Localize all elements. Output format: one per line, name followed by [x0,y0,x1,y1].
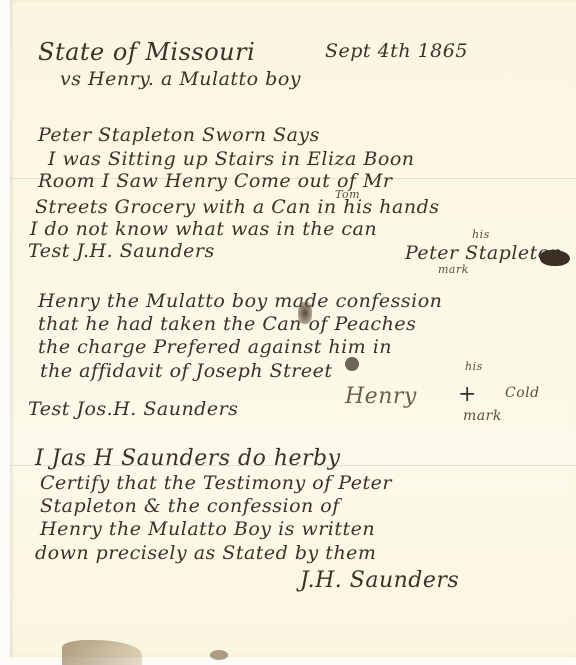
confession-attest: Test Jos.H. Saunders [28,398,238,420]
testimony-signature: Peter Stapleton [405,242,562,264]
cert-line-1: I Jas H Saunders do herby [35,446,341,471]
heading-case: vs Henry. a Mulatto boy [60,68,301,90]
confession-line-1: Henry the Mulatto boy made confession [38,290,442,312]
cert-line-5: down precisely as Stated by them [35,542,376,564]
testimony-line-4: Streets Grocery with a Can in his hands [35,196,440,218]
confession-mark-symbol: + [458,382,477,407]
heading-state: State of Missouri [38,38,255,66]
cert-line-3: Stapleton & the confession of [40,495,340,517]
heading-date: Sept 4th 1865 [325,40,468,62]
testimony-line-1: Peter Stapleton Sworn Says [38,124,320,146]
confession-line-3: the charge Prefered against him in [38,336,392,358]
cert-line-2: Certify that the Testimony of Peter [40,472,392,494]
ink-blot [540,250,570,266]
confession-mark-his: his [465,360,483,373]
confession-line-2: that he had taken the Can of Peaches [38,313,416,335]
testimony-attest: Test J.H. Saunders [28,240,215,262]
testimony-mark-his: his [472,228,490,241]
testimony-line-5: I do not know what was in the can [30,218,377,240]
testimony-line-2: I was Sitting up Stairs in Eliza Boon [48,148,415,170]
ink-speck [210,650,228,660]
confession-signer: Henry [345,384,417,409]
cert-line-4: Henry the Mulatto Boy is written [40,518,375,540]
confession-mark-note: Cold [505,385,540,401]
confession-line-4: the affidavit of Joseph Street [40,360,332,382]
cert-signature: J.H. Saunders [300,568,459,593]
ink-blot [345,357,359,371]
testimony-mark: mark [438,263,469,276]
ink-blot [298,302,312,324]
confession-mark: mark [463,408,502,424]
